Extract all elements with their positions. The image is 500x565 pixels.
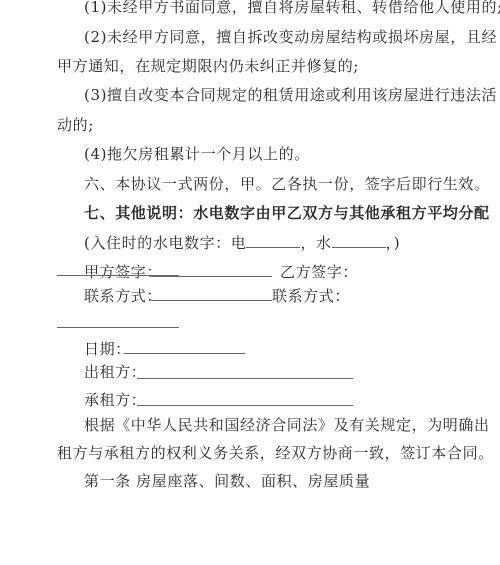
section-7: 七、其他说明：水电数字由甲乙双方与其他承租方平均分配 — [84, 203, 490, 223]
clause-3-line-2: 动的; — [57, 115, 94, 135]
clause-1: (1)未经甲方书面同意，擅自将房屋转租、转借给他人使用的; — [84, 0, 500, 17]
contact-a-label: 联系方式： — [84, 286, 162, 306]
clause-4: (4)拖欠房租累计一个月以上的。 — [84, 144, 310, 164]
meter-prefix: (入住时的水电数字：电 — [84, 234, 246, 252]
meter-suffix: ，) — [386, 234, 401, 252]
clause-2-line-1: (2)未经甲方同意，擅自拆改变动房屋结构或损坏房屋，且经 — [84, 27, 497, 47]
contact-a-field[interactable] — [151, 300, 272, 301]
party-b-signature-field[interactable] — [57, 275, 179, 276]
lessee-label: 承租方： — [84, 390, 146, 410]
electricity-field[interactable] — [246, 233, 300, 248]
document-page: (1)未经甲方书面同意，擅自将房屋转租、转借给他人使用的; (2)未经甲方同意，… — [0, 0, 500, 565]
section-6: 六、本协议一式两份，甲。乙各执一份，签字后即行生效。 — [84, 174, 490, 194]
contact-b-field[interactable] — [57, 327, 179, 328]
party-a-signature-field[interactable] — [151, 276, 272, 277]
lessee-field[interactable] — [137, 405, 353, 406]
party-a-signature-label: 甲方签字： — [84, 263, 162, 281]
article-1-heading: 第一条 房屋座落、间数、面积、房屋质量 — [84, 471, 370, 491]
signature-line: 甲方签字： — [84, 262, 162, 282]
date-label: 日期： — [84, 339, 131, 359]
water-field[interactable] — [332, 233, 386, 248]
meter-reading-line: (入住时的水电数字：电，水，) — [84, 233, 400, 253]
lessor-field[interactable] — [137, 378, 353, 379]
preamble-line-2: 租方与承租方的权利义务关系，经双方协商一致，签订本合同。 — [57, 443, 494, 463]
clause-3-line-1: (3)擅自改变本合同规定的租赁用途或利用该房屋进行违法活 — [84, 85, 497, 105]
date-field[interactable] — [124, 353, 245, 354]
lessor-label: 出租方： — [84, 362, 146, 382]
preamble-line-1: 根据《中华人民共和国经济合同法》及有关规定，为明确出 — [84, 415, 490, 435]
meter-mid: ，水 — [300, 234, 331, 252]
party-b-signature-label: 乙方签字： — [280, 262, 358, 282]
contact-b-label: 联系方式： — [272, 286, 350, 306]
clause-2-line-2: 甲方通知，在规定期限内仍未纠正并修复的; — [57, 56, 359, 76]
